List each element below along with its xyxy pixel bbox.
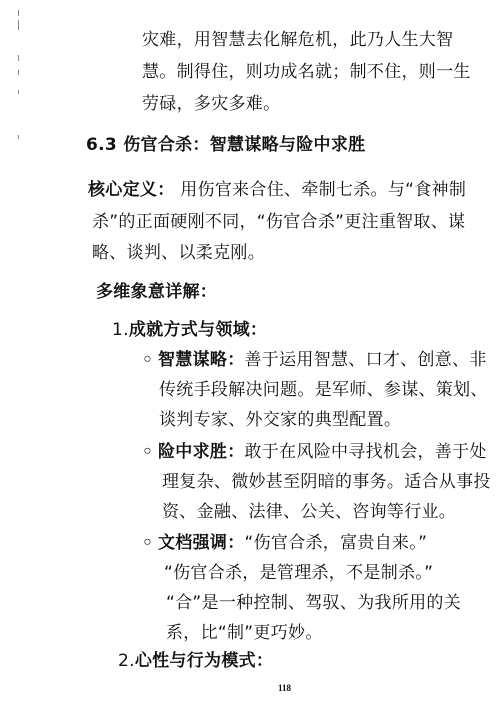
bullet-text: 敢于在风险中寻找机会，善于处 xyxy=(245,442,487,462)
list-item-2-title: 2.心性与行为模式： xyxy=(118,651,273,671)
list-item-1-title: 1.成就方式与领域： xyxy=(112,320,267,340)
bullet-3-line-4: 系，比“制”更巧妙。 xyxy=(166,623,323,643)
continuation-line-3: 劳碌，多灾多难。 xyxy=(142,94,280,114)
core-definition-line-3: 略、谈判、以柔克刚。 xyxy=(92,243,265,263)
bullet-text: “伤官合杀，富贵自来。” xyxy=(245,533,428,553)
continuation-line-1: 灾难，用智慧去化解危机，此乃人生大智 xyxy=(142,30,453,50)
list-number: 1. xyxy=(112,320,129,340)
bullet-circle-icon: ◦ xyxy=(142,350,158,370)
bullet-1-line-2: 传统手段解决问题。是军师、参谋、策划、 xyxy=(159,380,488,400)
bullet-circle-icon: ◦ xyxy=(142,442,158,462)
core-definition-line-2: 杀”的正面硬刚不同，“伤官合杀”更注重智取、谋 xyxy=(92,212,465,232)
bullet-2-line-2: 理复杂、微妙甚至阴暗的事务。适合从事投 xyxy=(162,472,491,492)
core-definition-line-1: 核心定义： 用伤官来合住、牵制七杀。与“食神制 xyxy=(88,180,466,200)
bullet-1-line-3: 谈判专家、外交家的典型配置。 xyxy=(159,410,401,430)
bullet-3-line-1: ◦文档强调：“伤官合杀，富贵自来。” xyxy=(142,533,427,553)
bullet-label: 文档强调： xyxy=(158,533,245,553)
detail-heading: 多维象意详解： xyxy=(96,282,217,302)
bullet-3-line-2: “伤官合杀，是管理杀，不是制杀。” xyxy=(164,563,433,583)
core-definition-text: 用伤官来合住、牵制七杀。与“食神制 xyxy=(180,180,466,200)
section-heading: 6.3 伤官合杀：智慧谋略与险中求胜 xyxy=(86,135,365,155)
page-number: 118 xyxy=(278,683,291,693)
bullet-1-line-1: ◦智慧谋略：善于运用智慧、口才、创意、非 xyxy=(142,350,487,370)
bullet-text: 善于运用智慧、口才、创意、非 xyxy=(245,350,487,370)
bullet-circle-icon: ◦ xyxy=(142,533,158,553)
list-title: 成就方式与领域： xyxy=(129,320,267,340)
bullet-2-line-1: ◦险中求胜：敢于在风险中寻找机会，善于处 xyxy=(142,442,487,462)
core-definition-label: 核心定义： xyxy=(88,180,175,200)
continuation-line-2: 慧。制得住，则功成名就；制不住，则一生 xyxy=(142,62,471,82)
list-title: 心性与行为模式： xyxy=(135,651,273,671)
list-number: 2. xyxy=(118,651,135,671)
bullet-3-line-3: “合”是一种控制、驾驭、为我所用的关 xyxy=(166,593,461,613)
bullet-label: 险中求胜： xyxy=(158,442,245,462)
bullet-label: 智慧谋略： xyxy=(158,350,245,370)
scan-margin-marks xyxy=(18,0,22,200)
bullet-2-line-3: 资、金融、法律、公关、咨询等行业。 xyxy=(162,502,456,522)
